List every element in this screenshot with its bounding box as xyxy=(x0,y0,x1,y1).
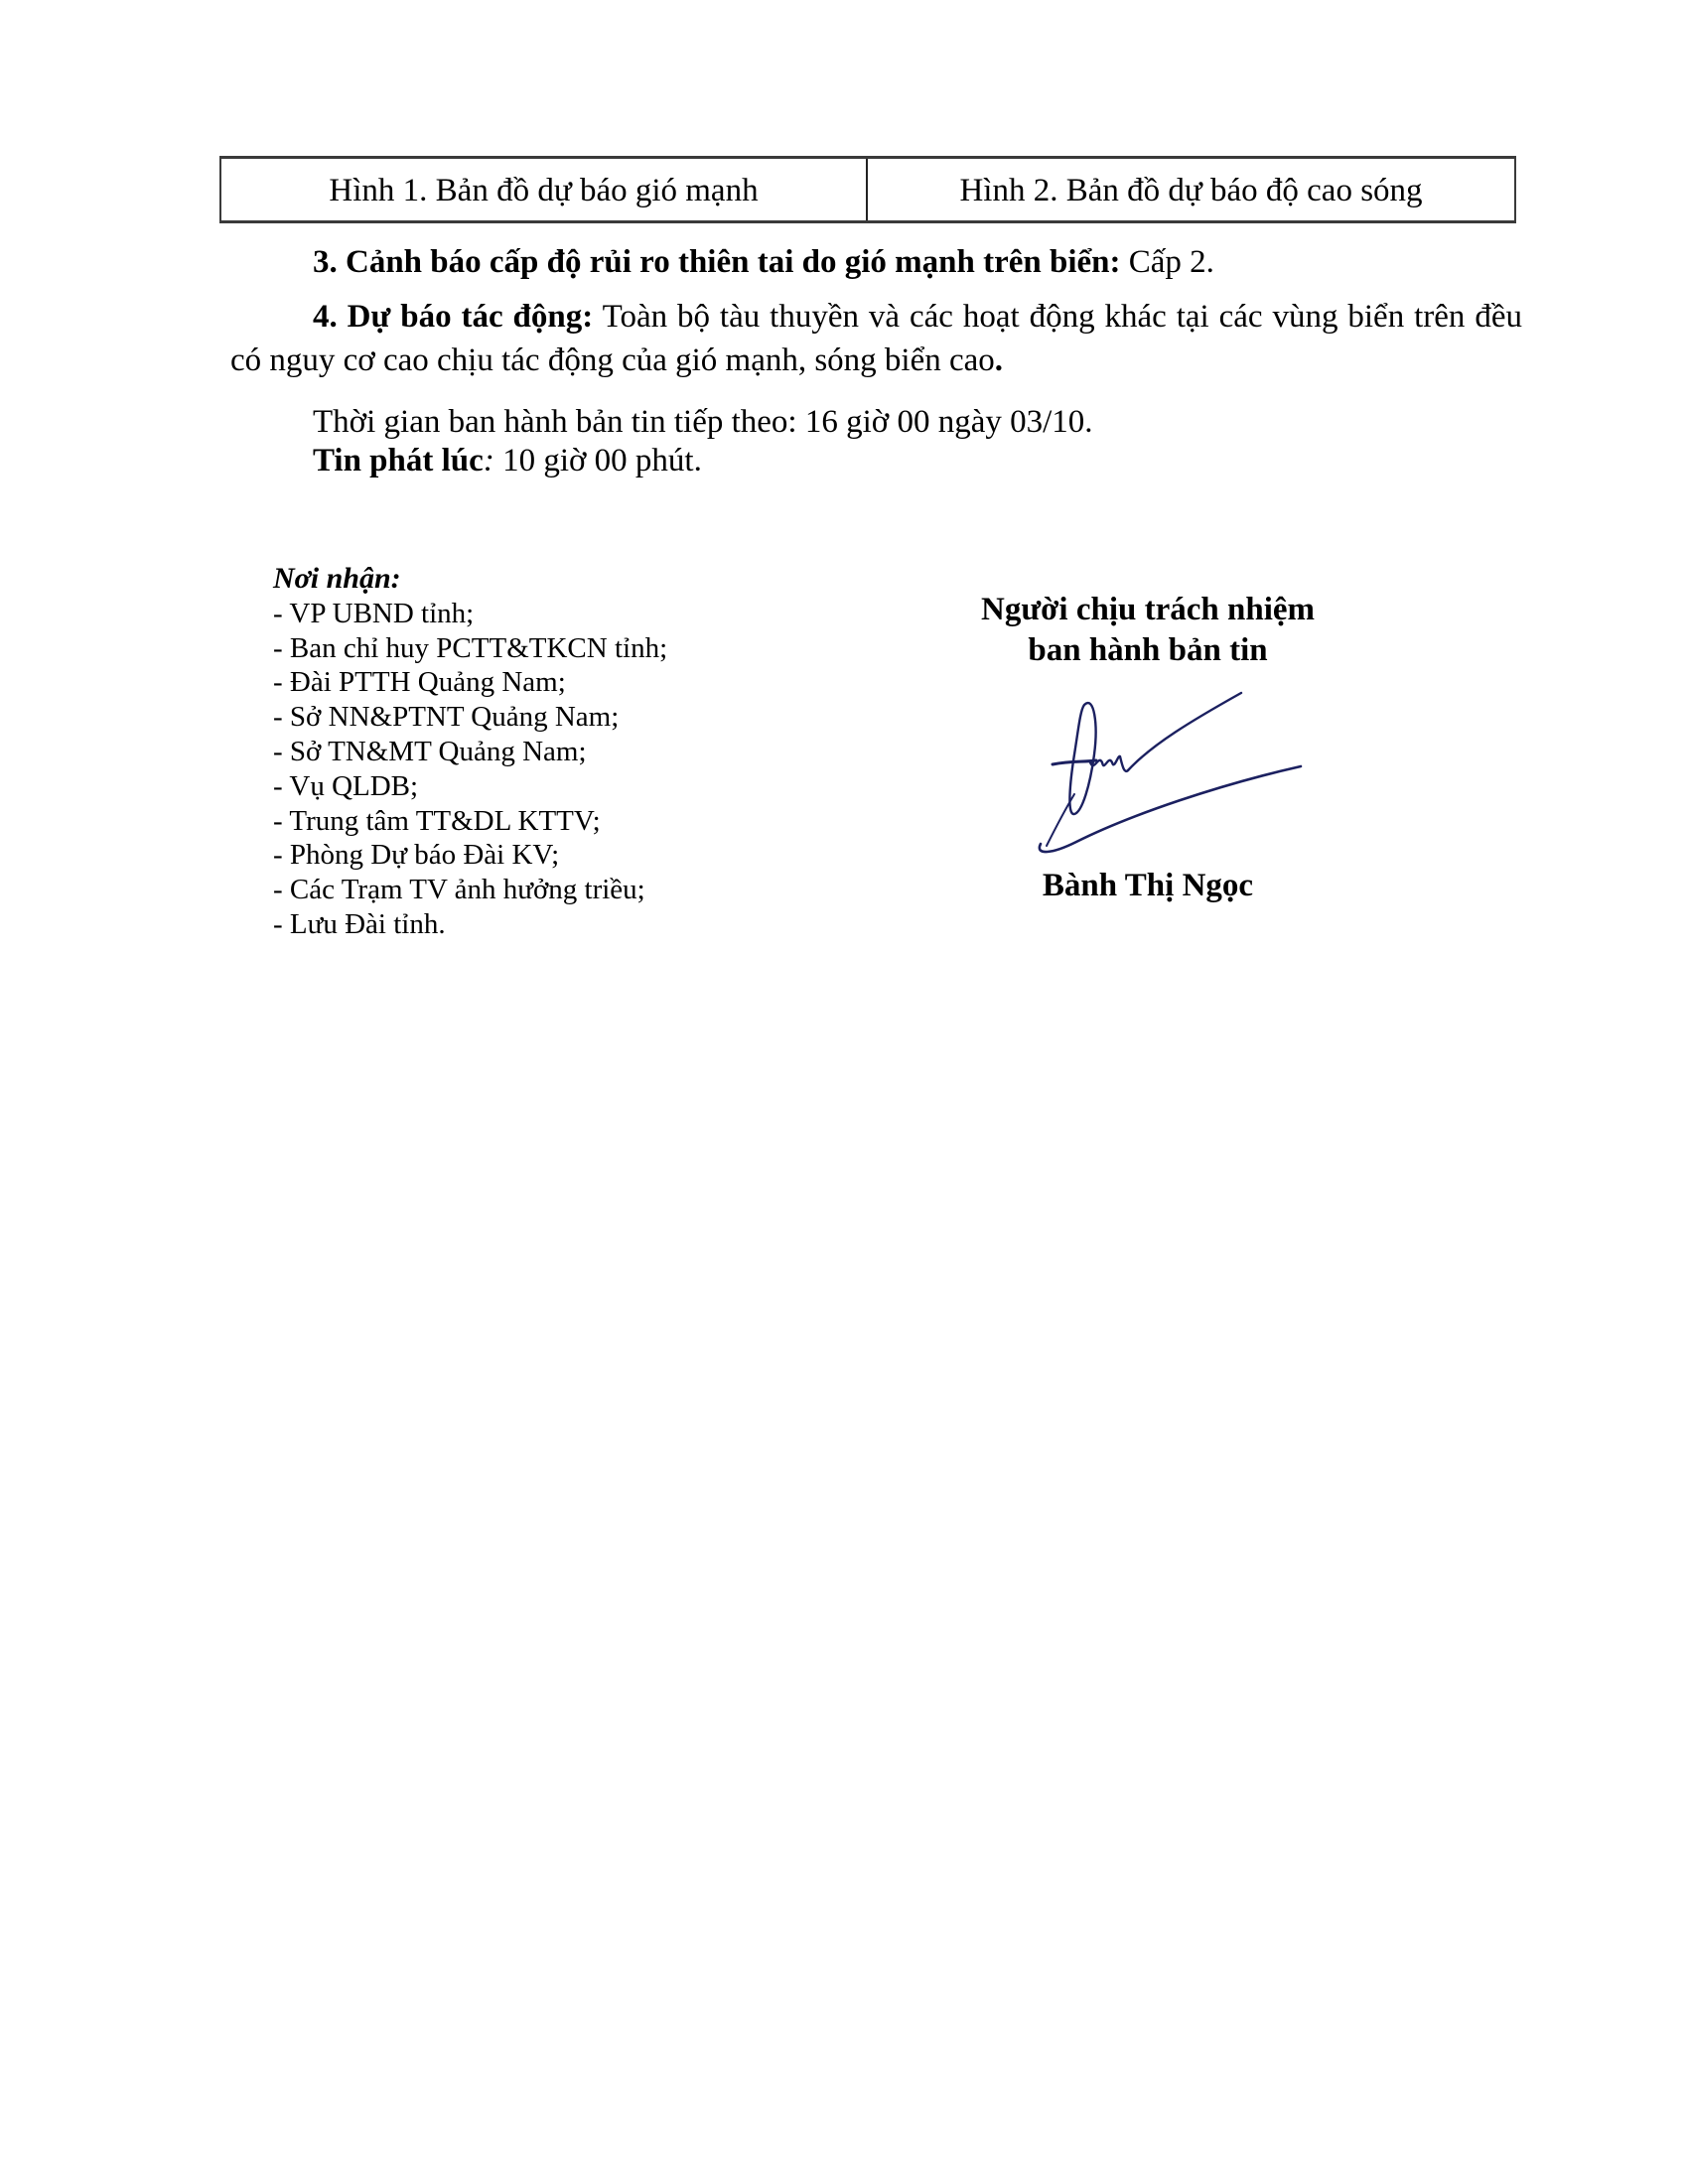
recipient-item: - Ban chỉ huy PCTT&TKCN tỉnh; xyxy=(273,631,667,666)
handwritten-signature xyxy=(1033,685,1311,864)
issued-at-colon: : xyxy=(484,443,494,478)
section-4-impact-forecast: 4. Dự báo tác động: Toàn bộ tàu thuyền v… xyxy=(230,295,1522,382)
figure-1-caption: Hình 1. Bản đồ dự báo gió mạnh xyxy=(221,159,868,220)
signatory-title: Người chịu trách nhiệm ban hành bản tin xyxy=(949,590,1346,671)
issued-at-label: Tin phát lúc xyxy=(313,443,484,478)
issued-at-value: 10 giờ 00 phút. xyxy=(494,443,702,478)
recipient-item: - Sở TN&MT Quảng Nam; xyxy=(273,735,667,769)
recipients-header: Nơi nhận: xyxy=(273,562,667,597)
next-issue-time: Thời gian ban hành bản tin tiếp theo: 16… xyxy=(230,400,1522,444)
signatory-title-line-2: ban hành bản tin xyxy=(949,630,1346,671)
recipient-item: - Trung tâm TT&DL KTTV; xyxy=(273,804,667,839)
recipient-item: - Sở NN&PTNT Quảng Nam; xyxy=(273,700,667,735)
section-3-risk-level: 3. Cảnh báo cấp độ rủi ro thiên tai do g… xyxy=(230,240,1522,284)
section-3-value: Cấp 2. xyxy=(1121,244,1214,280)
signatory-title-line-1: Người chịu trách nhiệm xyxy=(949,590,1346,630)
recipient-item: - Các Trạm TV ảnh hưởng triều; xyxy=(273,873,667,907)
recipient-item: - Phòng Dự báo Đài KV; xyxy=(273,838,667,873)
recipient-item: - VP UBND tỉnh; xyxy=(273,597,667,631)
recipients-list: Nơi nhận: - VP UBND tỉnh; - Ban chỉ huy … xyxy=(273,562,667,942)
section-3-label: 3. Cảnh báo cấp độ rủi ro thiên tai do g… xyxy=(313,244,1121,280)
figure-2-caption: Hình 2. Bản đồ dự báo độ cao sóng xyxy=(868,159,1514,220)
issued-at: Tin phát lúc: 10 giờ 00 phút. xyxy=(230,439,1522,482)
recipient-item: - Lưu Đài tỉnh. xyxy=(273,907,667,942)
section-4-label: 4. Dự báo tác động: xyxy=(313,299,593,335)
recipient-item: - Vụ QLDB; xyxy=(273,769,667,804)
figure-caption-table: Hình 1. Bản đồ dự báo gió mạnh Hình 2. B… xyxy=(219,156,1516,223)
recipient-item: - Đài PTTH Quảng Nam; xyxy=(273,665,667,700)
section-4-end: . xyxy=(995,342,1003,378)
signatory-name: Bành Thị Ngọc xyxy=(949,864,1346,907)
